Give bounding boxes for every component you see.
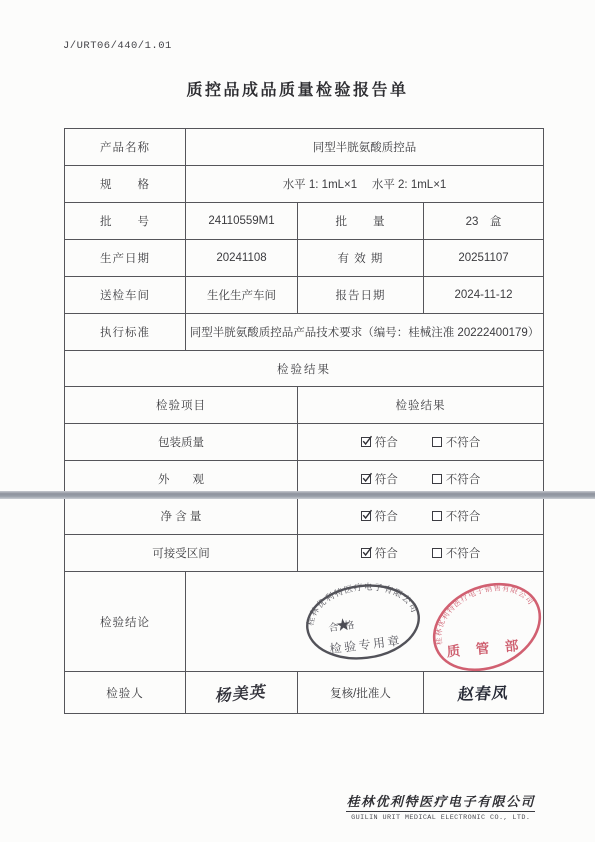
result-row-packaging: 包装质量 符合 不符合 — [65, 424, 544, 461]
product-label: 产品名称 — [65, 129, 186, 166]
pass-label: 符合 — [375, 471, 398, 487]
result-options: 符合 不符合 — [301, 508, 540, 524]
checkbox-checked-icon — [361, 511, 371, 521]
inspector-signature: 杨美英 — [186, 672, 298, 714]
standard-label: 执行标准 — [65, 314, 186, 351]
checkbox-unchecked-icon — [432, 474, 442, 484]
page-title: 质控品成品质量检验报告单 — [0, 77, 595, 100]
checkbox-unchecked-icon — [432, 548, 442, 558]
result-options: 符合 不符合 — [301, 545, 540, 561]
result-options: 符合 不符合 — [301, 471, 540, 487]
workshop-value: 生化生产车间 — [186, 277, 298, 314]
inspector-label: 检验人 — [65, 672, 186, 714]
footer: 桂林优利特医疗电子有限公司 GUILIN URIT MEDICAL ELECTR… — [346, 791, 535, 822]
spec-label: 规 格 — [65, 166, 186, 203]
batch-label: 批 号 — [65, 203, 186, 240]
row-results-header: 检验项目 检验结果 — [65, 387, 544, 424]
expiry-value: 20251107 — [424, 240, 544, 277]
expiry-label: 有 效 期 — [298, 240, 424, 277]
checkbox-checked-icon — [361, 474, 371, 484]
row-batch: 批 号 24110559M1 批 量 23 盒 — [65, 203, 544, 240]
reviewer-label: 复核/批准人 — [298, 672, 424, 714]
conclusion-label: 检验结论 — [65, 572, 186, 672]
fail-label: 不符合 — [446, 545, 481, 561]
fail-label: 不符合 — [446, 434, 481, 450]
row-spec: 规 格 水平 1: 1mL×1 水平 2: 1mL×1 — [65, 166, 544, 203]
footer-company-cn: 桂林优利特医疗电子有限公司 — [346, 791, 535, 812]
scan-artifact-band — [0, 491, 595, 499]
checkbox-checked-icon — [361, 437, 371, 447]
row-workshop: 送检车间 生化生产车间 报告日期 2024-11-12 — [65, 277, 544, 314]
pass-label: 符合 — [375, 545, 398, 561]
row-signoff: 检验人 杨美英 复核/批准人 赵春凤 — [65, 672, 544, 714]
footer-company-en: GUILIN URIT MEDICAL ELECTRONIC CO., LTD. — [346, 814, 535, 822]
report-date-label: 报告日期 — [298, 277, 424, 314]
scanned-report-page: J/URT06/440/1.01 质控品成品质量检验报告单 产品名称 同型半胱氨… — [0, 0, 595, 842]
result-row-net-content: 净 含 量 符合 不符合 — [65, 498, 544, 535]
report-table: 产品名称 同型半胱氨酸质控品 规 格 水平 1: 1mL×1 水平 2: 1mL… — [64, 128, 544, 714]
inspection-item-name: 净 含 量 — [65, 498, 298, 535]
inspection-item-name: 包装质量 — [65, 424, 298, 461]
checkbox-checked-icon — [361, 548, 371, 558]
mfg-date-label: 生产日期 — [65, 240, 186, 277]
fail-label: 不符合 — [446, 471, 481, 487]
batch-value: 24110559M1 — [186, 203, 298, 240]
checkbox-unchecked-icon — [432, 437, 442, 447]
document-number: J/URT06/440/1.01 — [63, 40, 172, 52]
results-section-title: 检验结果 — [65, 351, 544, 387]
pass-label: 符合 — [375, 434, 398, 450]
inspection-item-name: 可接受区间 — [65, 535, 298, 572]
row-product: 产品名称 同型半胱氨酸质控品 — [65, 129, 544, 166]
standard-value: 同型半胱氨酸质控品产品技术要求（编号：桂械注准 20222400179） — [186, 314, 544, 351]
row-standard: 执行标准 同型半胱氨酸质控品产品技术要求（编号：桂械注准 20222400179… — [65, 314, 544, 351]
fail-label: 不符合 — [446, 508, 481, 524]
row-conclusion: 检验结论 — [65, 572, 544, 672]
checkbox-unchecked-icon — [432, 511, 442, 521]
conclusion-stamp-area — [186, 572, 544, 672]
reviewer-signature: 赵春凤 — [424, 672, 544, 714]
pass-label: 符合 — [375, 508, 398, 524]
product-value: 同型半胱氨酸质控品 — [186, 129, 544, 166]
result-options: 符合 不符合 — [301, 434, 540, 450]
spec-value: 水平 1: 1mL×1 水平 2: 1mL×1 — [186, 166, 544, 203]
row-dates: 生产日期 20241108 有 效 期 20251107 — [65, 240, 544, 277]
qty-value: 23 盒 — [424, 203, 544, 240]
result-row-acceptable-range: 可接受区间 符合 不符合 — [65, 535, 544, 572]
qty-label: 批 量 — [298, 203, 424, 240]
row-results-section: 检验结果 — [65, 351, 544, 387]
workshop-label: 送检车间 — [65, 277, 186, 314]
report-date-value: 2024-11-12 — [424, 277, 544, 314]
mfg-date-value: 20241108 — [186, 240, 298, 277]
item-column-header: 检验项目 — [65, 387, 298, 424]
result-column-header: 检验结果 — [298, 387, 544, 424]
